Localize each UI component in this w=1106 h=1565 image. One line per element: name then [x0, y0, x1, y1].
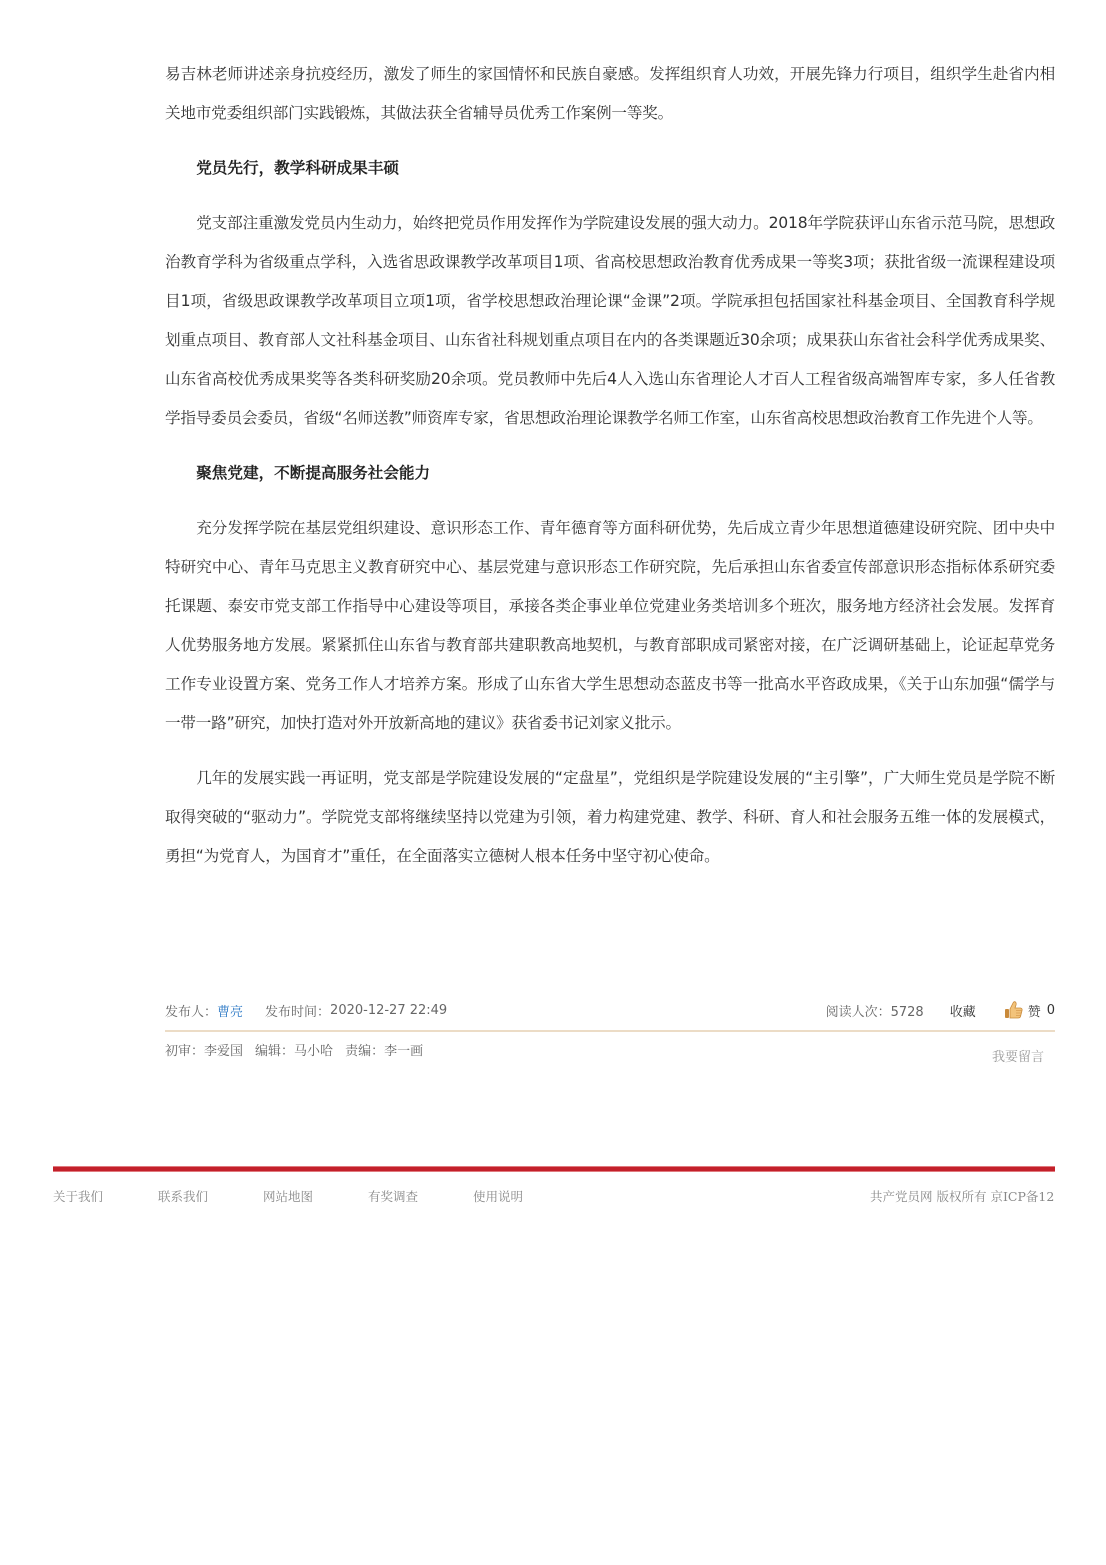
- publisher-name-link[interactable]: 曹亮: [217, 1001, 243, 1020]
- copyright-text: 共产党员网 版权所有 京ICP备12: [870, 1187, 1055, 1205]
- chief-editor: 责编：李一画: [345, 1040, 423, 1059]
- like-count: 0: [1047, 1003, 1055, 1018]
- article-paragraph: 党支部注重激发党员内生动力，始终把党员作用发挥作为学院建设发展的强大动力。201…: [165, 204, 1055, 438]
- chief-editor-name: 李一画: [384, 1044, 423, 1059]
- article-paragraph: 易吉林老师讲述亲身抗疫经历，激发了师生的家国情怀和民族自豪感。发挥组织育人功效，…: [165, 55, 1055, 133]
- section-heading: 党员先行，教学科研成果丰硕: [165, 149, 1055, 188]
- article-paragraph: 充分发挥学院在基层党组织建设、意识形态工作、青年德育等方面科研优势，先后成立青少…: [165, 509, 1055, 743]
- first-review: 初审：李爱国: [165, 1040, 243, 1059]
- chief-editor-label: 责编：: [345, 1044, 384, 1059]
- read-count-value: 5728: [891, 1005, 924, 1020]
- like-button[interactable]: 赞 0: [1004, 1000, 1055, 1020]
- footer-link-about[interactable]: 关于我们: [53, 1187, 158, 1205]
- editor-name: 马小哈: [294, 1044, 333, 1059]
- article-body: 易吉林老师讲述亲身抗疫经历，激发了师生的家国情怀和民族自豪感。发挥组织育人功效，…: [165, 55, 1055, 892]
- thumbs-up-icon: [1004, 1000, 1024, 1020]
- footer-link-contact[interactable]: 联系我们: [158, 1187, 263, 1205]
- article-actions: 阅读人次：5728 收藏 赞 0: [826, 1000, 1055, 1020]
- editorial-credits: 初审：李爱国 编辑：马小哈 责编：李一画: [165, 1040, 435, 1059]
- meta-divider: [165, 1030, 1055, 1032]
- publish-time-label: 发布时间：: [265, 1001, 330, 1020]
- read-count-label: 阅读人次：: [826, 1005, 891, 1020]
- footer-link-survey[interactable]: 有奖调查: [368, 1187, 473, 1205]
- favorite-button[interactable]: 收藏: [950, 1001, 976, 1020]
- publish-time: 2020-12-27 22:49: [330, 1003, 447, 1018]
- like-label: 赞: [1028, 1001, 1041, 1020]
- section-heading: 聚焦党建，不断提高服务社会能力: [165, 454, 1055, 493]
- editor: 编辑：马小哈: [255, 1040, 333, 1059]
- article-paragraph: 几年的发展实践一再证明，党支部是学院建设发展的“定盘星”，党组织是学院建设发展的…: [165, 759, 1055, 876]
- leave-comment-link[interactable]: 我要留言: [992, 1046, 1044, 1065]
- editor-label: 编辑：: [255, 1044, 294, 1059]
- first-review-name: 李爱国: [204, 1044, 243, 1059]
- footer-nav: 关于我们 联系我们 网站地图 有奖调查 使用说明: [53, 1187, 578, 1205]
- publisher-label: 发布人：: [165, 1001, 217, 1020]
- read-count: 阅读人次：5728: [826, 1001, 924, 1020]
- article-meta: 发布人： 曹亮 发布时间： 2020-12-27 22:49 阅读人次：5728…: [165, 998, 1055, 1022]
- footer-link-sitemap[interactable]: 网站地图: [263, 1187, 368, 1205]
- footer-link-help[interactable]: 使用说明: [473, 1187, 578, 1205]
- first-review-label: 初审：: [165, 1044, 204, 1059]
- footer-red-bar: [53, 1166, 1055, 1172]
